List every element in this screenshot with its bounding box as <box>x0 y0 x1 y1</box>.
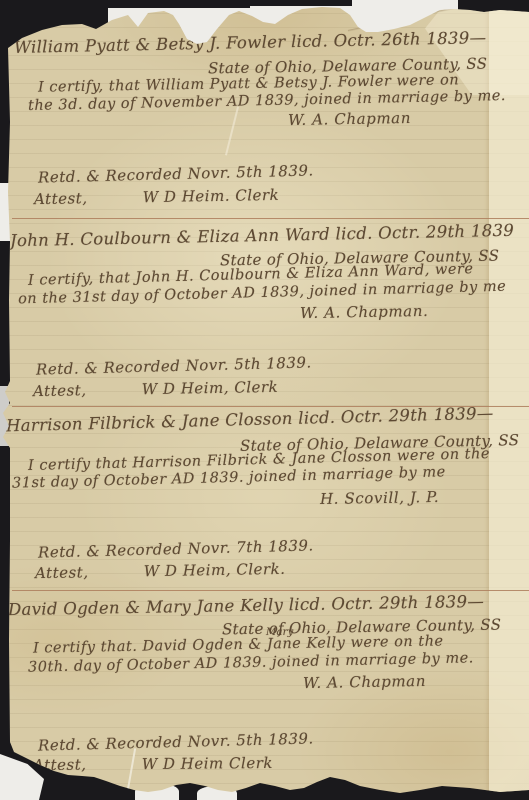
attest-line: Attest, W D Heim, Clerk <box>33 378 278 400</box>
clerk-signature: W D Heim. Clerk <box>143 186 280 206</box>
clerk-signature: W D Heim, Clerk <box>142 378 279 398</box>
clerk-signature: W D Heim Clerk <box>142 754 273 773</box>
officiant-signature: W. A. Chapman <box>303 672 426 692</box>
officiant-signature: W. A. Chapman. <box>300 302 429 322</box>
paper-sheet: 194 William Pyatt & Betsy J. Fowler licd… <box>0 0 529 800</box>
separator-rule <box>12 590 529 591</box>
separator-rule <box>12 218 529 219</box>
entry-header: William Pyatt & Betsy J. Fowler licd. Oc… <box>14 28 487 57</box>
recorded-note: Retd. & Recorded Novr. 5th 1839. <box>36 353 312 378</box>
officiant-signature: H. Scovill, J. P. <box>320 488 439 508</box>
vignette-overlay <box>0 0 529 800</box>
recorded-note: Retd. & Recorded Novr. 5th 1839. <box>38 161 314 186</box>
recorded-note: Retd. & Recorded Novr. 7th 1839. <box>38 536 314 561</box>
officiant-signature: W. A. Chapman <box>288 109 411 129</box>
entry-header: David Ogden & Mary Jane Kelly licd. Octr… <box>8 592 484 619</box>
entry-header: Harrison Filbrick & Jane Closson licd. O… <box>6 404 494 436</box>
paper-crease <box>225 107 239 156</box>
attest-line: Attest, W D Heim, Clerk. <box>35 560 286 582</box>
clerk-signature: W D Heim, Clerk. <box>144 560 286 580</box>
scanned-ledger-page: 194 William Pyatt & Betsy J. Fowler licd… <box>0 0 529 800</box>
attest-label: Attest, <box>33 381 87 400</box>
attest-label: Attest, <box>35 563 89 582</box>
attest-line: Attest, W D Heim Clerk <box>33 754 273 774</box>
paper-light-strip <box>489 0 529 800</box>
attest-line: Attest, W D Heim. Clerk <box>34 186 279 208</box>
entry-header: John H. Coulbourn & Eliza Ann Ward licd.… <box>10 221 514 251</box>
attest-label: Attest, <box>34 189 88 208</box>
recorded-note: Retd. & Recorded Novr. 5th 1839. <box>38 729 314 754</box>
